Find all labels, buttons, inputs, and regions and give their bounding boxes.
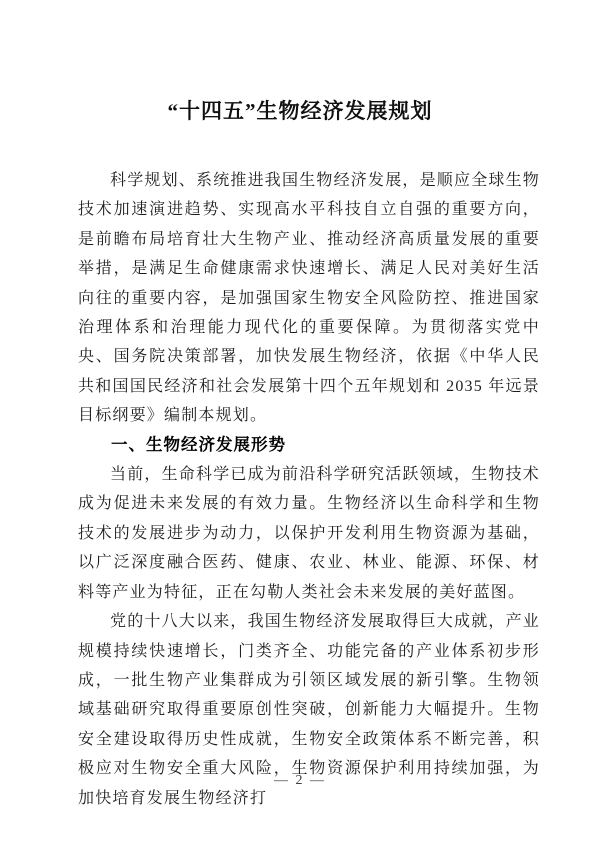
document-page: “十四五”生物经济发展规划 科学规划、系统推进我国生物经济发展，是顺应全球生物技… xyxy=(0,0,600,849)
body-paragraph: 当前，生命科学已成为前沿科学研究活跃领域，生物技术成为促进未来发展的有效力量。生… xyxy=(78,460,540,607)
body-paragraph: 科学规划、系统推进我国生物经济发展，是顺应全球生物技术加速演进趋势、实现高水平科… xyxy=(78,166,540,431)
document-body: 科学规划、系统推进我国生物经济发展，是顺应全球生物技术加速演进趋势、实现高水平科… xyxy=(78,166,540,813)
section-heading: 一、生物经济发展形势 xyxy=(78,431,540,460)
document-title: “十四五”生物经济发展规划 xyxy=(0,96,600,126)
page-number: — 2 — xyxy=(0,773,600,789)
